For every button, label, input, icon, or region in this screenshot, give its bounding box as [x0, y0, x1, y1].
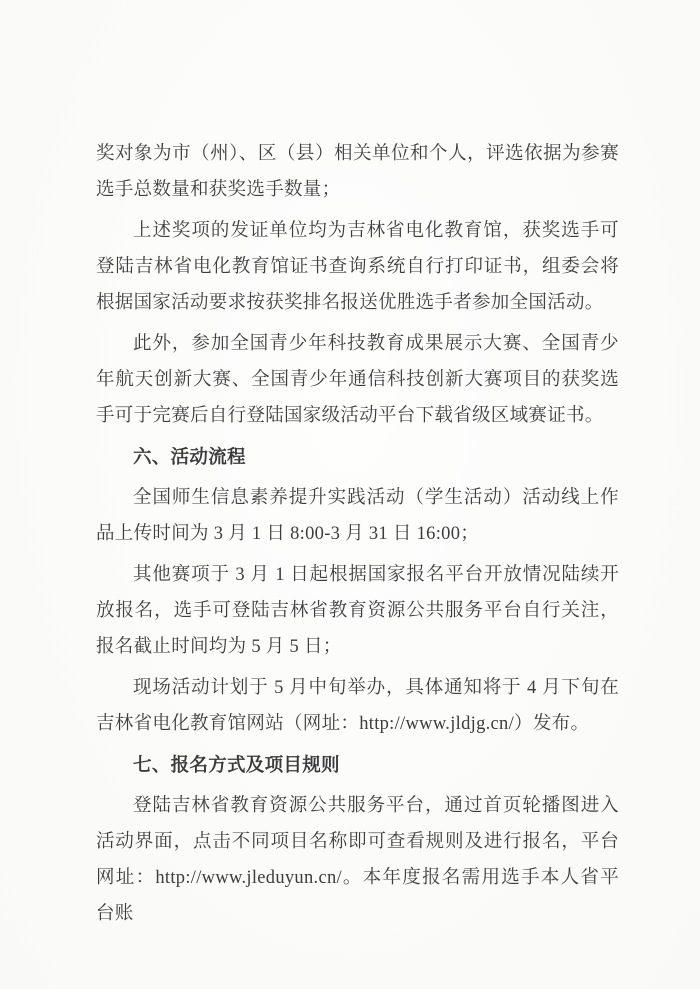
document-page: 奖对象为市（州）、区（县）相关单位和个人，评选依据为参赛选手总数量和获奖选手数量…: [0, 0, 700, 989]
paragraph: 此外，参加全国青少年科技教育成果展示大赛、全国青少年航天创新大赛、全国青少年通信…: [96, 326, 619, 434]
document-body: 奖对象为市（州）、区（县）相关单位和个人，评选依据为参赛选手总数量和获奖选手数量…: [96, 136, 619, 937]
section-heading: 六、活动流程: [96, 439, 619, 475]
paragraph: 全国师生信息素养提升实践活动（学生活动）活动线上作品上传时间为 3 月 1 日 …: [96, 480, 619, 552]
paragraph: 其他赛项于 3 月 1 日起根据国家报名平台开放情况陆续开放报名，选手可登陆吉林…: [96, 557, 619, 665]
paragraph: 现场活动计划于 5 月中旬举办，具体通知将于 4 月下旬在吉林省电化教育馆网站（…: [96, 670, 619, 742]
paragraph: 上述奖项的发证单位均为吉林省电化教育馆，获奖选手可登陆吉林省电化教育馆证书查询系…: [96, 213, 619, 321]
paragraph: 登陆吉林省教育资源公共服务平台，通过首页轮播图进入活动界面，点击不同项目名称即可…: [96, 788, 619, 932]
paragraph: 奖对象为市（州）、区（县）相关单位和个人，评选依据为参赛选手总数量和获奖选手数量…: [96, 136, 619, 208]
section-heading: 七、报名方式及项目规则: [96, 747, 619, 783]
